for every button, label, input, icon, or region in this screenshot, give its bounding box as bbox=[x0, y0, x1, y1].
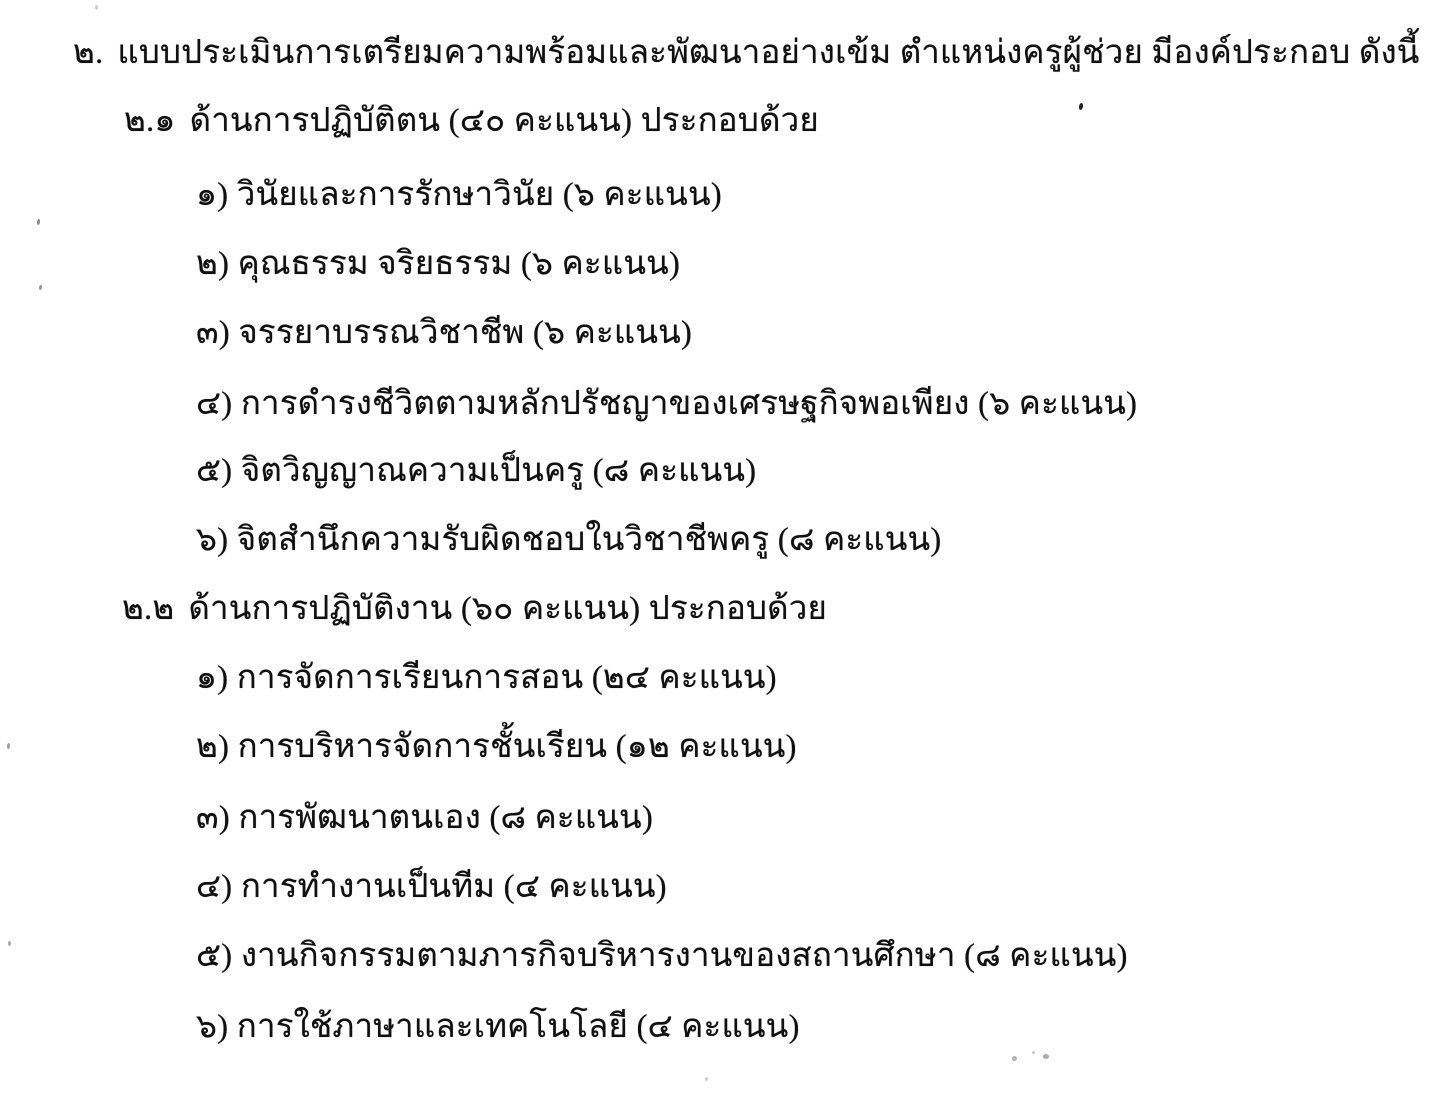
scan-speck bbox=[1078, 103, 1083, 111]
scan-speck bbox=[37, 219, 41, 225]
section-1-title-text: ด้านการปฏิบัติตน (๔๐ คะแนน) ประกอบด้วย bbox=[190, 103, 819, 139]
section-2-number: ๒.๒ bbox=[122, 591, 174, 627]
scan-speck bbox=[95, 5, 98, 10]
section-1-item-2: ๒) คุณธรรม จริยธรรม (๖ คะแนน) bbox=[196, 241, 680, 287]
scan-speck bbox=[39, 285, 43, 290]
section-1-item-5: ๕) จิตวิญญาณความเป็นครู (๘ คะแนน) bbox=[196, 448, 756, 494]
section-2-title: ๒.๒ด้านการปฏิบัติงาน (๖๐ คะแนน) ประกอบด้… bbox=[122, 586, 827, 632]
scan-speck bbox=[1012, 1056, 1017, 1061]
scan-speck bbox=[1043, 1054, 1049, 1059]
scan-speck bbox=[7, 743, 11, 749]
section-2-item-2: ๒) การบริหารจัดการชั้นเรียน (๑๒ คะแนน) bbox=[196, 724, 797, 770]
section-2-item-4: ๔) การทำงานเป็นทีม (๔ คะแนน) bbox=[196, 864, 667, 910]
section-2-item-5: ๕) งานกิจกรรมตามภารกิจบริหารงานของสถานศึ… bbox=[196, 933, 1128, 979]
section-1-item-3: ๓) จรรยาบรรณวิชาชีพ (๖ คะแนน) bbox=[196, 310, 692, 356]
section-2-item-1: ๑) การจัดการเรียนการสอน (๒๔ คะแนน) bbox=[196, 655, 777, 701]
section-1-item-6: ๖) จิตสำนึกความรับผิดชอบในวิชาชีพครู (๘ … bbox=[196, 517, 941, 563]
scan-speck bbox=[8, 941, 11, 946]
section-1-number: ๒.๑ bbox=[124, 103, 176, 139]
section-2-item-6: ๖) การใช้ภาษาและเทคโนโลยี (๔ คะแนน) bbox=[196, 1004, 800, 1050]
section-1-item-4: ๔) การดำรงชีวิตตามหลักปรัชญาของเศรษฐกิจพ… bbox=[196, 381, 1137, 427]
heading-number: ๒. bbox=[73, 35, 103, 71]
scan-speck bbox=[705, 1077, 708, 1081]
section-2-title-text: ด้านการปฏิบัติงาน (๖๐ คะแนน) ประกอบด้วย bbox=[188, 591, 827, 627]
section-1-title: ๒.๑ด้านการปฏิบัติตน (๔๐ คะแนน) ประกอบด้ว… bbox=[124, 98, 819, 144]
document-heading: ๒.แบบประเมินการเตรียมความพร้อมและพัฒนาอย… bbox=[73, 30, 1420, 76]
heading-text: แบบประเมินการเตรียมความพร้อมและพัฒนาอย่า… bbox=[117, 35, 1419, 71]
section-2-item-3: ๓) การพัฒนาตนเอง (๘ คะแนน) bbox=[196, 795, 653, 841]
section-1-item-1: ๑) วินัยและการรักษาวินัย (๖ คะแนน) bbox=[196, 172, 722, 218]
scan-speck bbox=[1032, 1051, 1035, 1054]
scanned-document-page: ๒.แบบประเมินการเตรียมความพร้อมและพัฒนาอย… bbox=[0, 0, 1450, 1117]
